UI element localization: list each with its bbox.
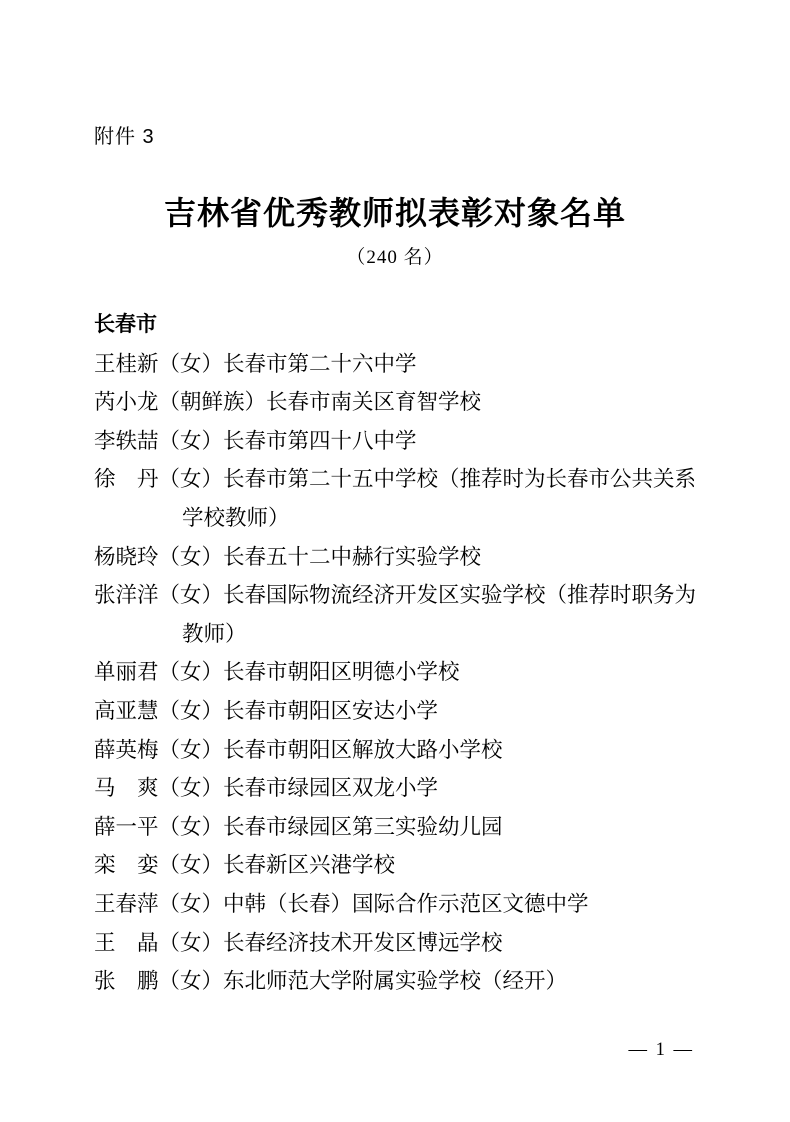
- document-page: 附件 3 吉林省优秀教师拟表彰对象名单 （240 名） 长春市 王桂新（女）长春…: [0, 0, 790, 1122]
- roster-line: 薛英梅（女）长春市朝阳区解放大路小学校: [94, 731, 710, 770]
- roster-line: 李轶喆（女）长春市第四十八中学: [94, 422, 710, 461]
- roster-line: 杨晓玲（女）长春五十二中赫行实验学校: [94, 538, 710, 577]
- roster-line: 张 鹏（女）东北师范大学附属实验学校（经开）: [94, 962, 710, 1001]
- attachment-label: 附件 3: [94, 120, 155, 149]
- section-heading-changchun: 长春市: [94, 306, 710, 345]
- roster-line: 高亚慧（女）长春市朝阳区安达小学: [94, 692, 710, 731]
- roster-line: 栾 娈（女）长春新区兴港学校: [94, 846, 710, 885]
- roster-line: 薛一平（女）长春市绿园区第三实验幼儿园: [94, 808, 710, 847]
- roster-line: 徐 丹（女）长春市第二十五中学校（推荐时为长春市公共关系: [94, 460, 710, 499]
- roster-line: 芮小龙（朝鲜族）长春市南关区育智学校: [94, 383, 710, 422]
- roster-line: 马 爽（女）长春市绿园区双龙小学: [94, 769, 710, 808]
- page-subtitle: （240 名）: [0, 242, 790, 269]
- roster-line: 张洋洋（女）长春国际物流经济开发区实验学校（推荐时职务为: [94, 576, 710, 615]
- roster-line: 王春萍（女）中韩（长春）国际合作示范区文德中学: [94, 885, 710, 924]
- roster-line: 教师）: [94, 615, 710, 654]
- roster-line: 王桂新（女）长春市第二十六中学: [94, 345, 710, 384]
- roster-line: 单丽君（女）长春市朝阳区明德小学校: [94, 653, 710, 692]
- roster-list: 王桂新（女）长春市第二十六中学芮小龙（朝鲜族）长春市南关区育智学校李轶喆（女）长…: [94, 345, 710, 1001]
- roster-content: 长春市 王桂新（女）长春市第二十六中学芮小龙（朝鲜族）长春市南关区育智学校李轶喆…: [94, 306, 710, 1001]
- roster-line: 王 晶（女）长春经济技术开发区博远学校: [94, 924, 710, 963]
- roster-line: 学校教师）: [94, 499, 710, 538]
- page-number: — 1 —: [629, 1040, 695, 1061]
- page-title: 吉林省优秀教师拟表彰对象名单: [0, 188, 790, 234]
